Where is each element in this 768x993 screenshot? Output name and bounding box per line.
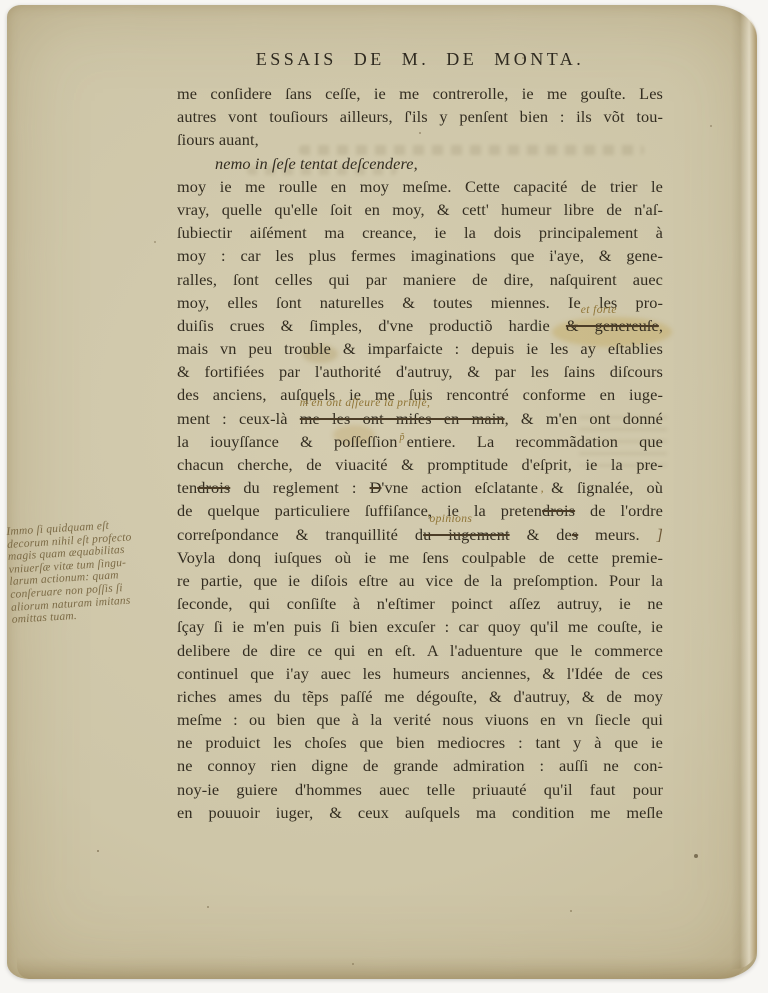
body-text: me conſidere ſans ceſſe, ie me contrerol… <box>177 82 663 824</box>
text-line: & fortifiées par l'authorité d'autruy, &… <box>177 360 663 383</box>
printed-text: ſiours auant, <box>177 130 259 149</box>
printed-text: , & m'en ont donné <box>505 409 663 428</box>
book-page: Immo ſi quidquam eſtdecorum nihil eſt pr… <box>7 5 757 979</box>
text-line: ne produict les choſes que bien mediocre… <box>177 731 663 754</box>
text-line: ſubiectir aiſément ma creance, ie la doi… <box>177 221 663 244</box>
struck-printed-text: drois <box>197 478 230 497</box>
printed-text: correſpondance & tranquillité d <box>177 525 423 544</box>
printed-text: moy ie me roulle en moy meſme. Cette cap… <box>177 177 663 196</box>
printed-text: ralles, ſont celles qui par maniere de d… <box>177 270 663 289</box>
printed-text: meurs. <box>578 525 639 544</box>
printed-text: vray, quelle qu'elle ſoit en moy, & cett… <box>177 200 663 219</box>
printed-text: chacun cherche, de viuacité & promptitud… <box>177 455 663 474</box>
text-line: chacun cherche, de viuacité & promptitud… <box>177 453 663 476</box>
printed-text: de quelque particuliere ſuffiſance, ie l… <box>177 501 542 520</box>
printed-text: duiſis crues & ſimples, d'vne productiõ … <box>177 316 566 335</box>
text-line: delibere de dire ce qui en eſt. A l'adue… <box>177 639 663 662</box>
text-line: ne connoy rien digne de grande admiratio… <box>177 754 663 777</box>
text-line: la iouyſſance & poſſeſſionp̃entiere. La … <box>177 430 663 453</box>
printed-text: 'vne action eſclatante & ſignalée, où <box>381 478 663 497</box>
printed-text: riches ames du tẽps paſſé me dégouſte, &… <box>177 687 663 706</box>
text-line: nemo in ſeſe tentat deſcendere, <box>177 152 663 175</box>
margin-annotation: Immo ſi quidquam eſtdecorum nihil eſt pr… <box>6 516 174 626</box>
text-line: ment : ceux-là me les ont miſes en mainm… <box>177 407 663 430</box>
text-line: noy-ie guiere d'hommes auec telle priuau… <box>177 778 663 801</box>
text-line: autres vont touſiours ailleurs, ſ'ils y … <box>177 105 663 128</box>
printed-text: ne produict les choſes que bien mediocre… <box>177 733 663 752</box>
text-line: duiſis crues & ſimples, d'vne productiõ … <box>177 314 663 337</box>
handwritten-bracket: ] <box>640 525 663 544</box>
text-line: moy : car les plus fermes imaginations q… <box>177 244 663 267</box>
struck-printed-text: u iugement'opinions <box>423 525 510 544</box>
struck-printed-text: drois’ <box>542 501 575 520</box>
text-line: meſme : ou bien que à la verité nous viu… <box>177 708 663 731</box>
text-line: vray, quelle qu'elle ſoit en moy, & cett… <box>177 198 663 221</box>
running-header: ESSAIS DE M. DE MONTA. <box>177 49 663 70</box>
struck-printed-text: me les ont miſes en mainm'en ont aſſeuré… <box>300 409 505 428</box>
printed-text: Voyla donq iuſques où ie me ſens coulpab… <box>177 548 663 567</box>
text-line: correſpondance & tranquillité du iugemen… <box>177 523 663 546</box>
printed-text: ſçay ſi ie m'en puis ſi bien excuſer : c… <box>177 617 663 636</box>
printed-text-italic: nemo in ſeſe tentat deſcendere, <box>215 154 418 173</box>
printed-text: continuel que i'ay auec les humeurs anci… <box>177 664 663 683</box>
printed-text: ne connoy rien digne de grande admiratio… <box>177 756 663 775</box>
text-line: en pouuoir iuger, & ceux auſquels ma con… <box>177 801 663 824</box>
printed-text: la iouyſſance & poſſeſſion <box>177 432 397 451</box>
text-line: re partie, que ie diſois eſtre au vice d… <box>177 569 663 592</box>
text-line: de quelque particuliere ſuffiſance, ie l… <box>177 499 663 522</box>
struck-printed-text: & genereuſeet forte <box>566 316 659 335</box>
printed-text: me conſidere ſans ceſſe, ie me contrerol… <box>177 84 663 103</box>
printed-text: entiere. La recommãdation que <box>407 432 663 451</box>
text-line: riches ames du tẽps paſſé me dégouſte, &… <box>177 685 663 708</box>
printed-text: re partie, que ie diſois eſtre au vice d… <box>177 571 663 590</box>
printed-text: noy-ie guiere d'hommes auec telle priuau… <box>177 780 663 799</box>
handwritten-correction: et forte <box>581 305 617 316</box>
text-line: Voyla donq iuſques où ie me ſens coulpab… <box>177 546 663 569</box>
printed-text: meſme : ou bien que à la verité nous viu… <box>177 710 663 729</box>
text-line: tendrois du reglement : D'vne action eſc… <box>177 476 663 499</box>
text-line: ſeconde, qui conſiſte à n'eſtimer poinct… <box>177 592 663 615</box>
printed-text: en pouuoir iuger, & ceux auſquels ma con… <box>177 803 663 822</box>
scanned-book-photo: { "page": { "header": "ESSAIS DE M. DE M… <box>0 0 768 993</box>
text-line: ſçay ſi ie m'en puis ſi bien excuſer : c… <box>177 615 663 638</box>
text-line: me conſidere ſans ceſſe, ie me contrerol… <box>177 82 663 105</box>
text-line: ſiours auant, <box>177 128 663 151</box>
handwritten-insertion-mark: p̃ <box>399 432 404 443</box>
printed-text: & fortifiées par l'authorité d'autruy, &… <box>177 362 663 381</box>
printed-text: , <box>659 316 663 335</box>
printed-text: delibere de dire ce qui en eſt. A l'adue… <box>177 641 663 660</box>
printed-text: ten <box>177 478 197 497</box>
printed-text: moy : car les plus fermes imaginations q… <box>177 246 663 265</box>
text-line: continuel que i'ay auec les humeurs anci… <box>177 662 663 685</box>
printed-text: autres vont touſiours ailleurs, ſ'ils y … <box>177 107 663 126</box>
struck-printed-text: s <box>572 525 578 544</box>
text-line: moy ie me roulle en moy meſme. Cette cap… <box>177 175 663 198</box>
handwritten-correction: 'opinions <box>427 514 473 525</box>
printed-text: & de <box>510 525 572 544</box>
struck-printed-text: D <box>370 478 382 497</box>
printed-text: de l'ordre <box>575 501 663 520</box>
printed-text: du reglement : <box>230 478 369 497</box>
printed-text: ment : ceux-là <box>177 409 300 428</box>
text-line: mais vn peu trouble & imparfaicte : depu… <box>177 337 663 360</box>
printed-text: ſubiectir aiſément ma creance, ie la doi… <box>177 223 663 242</box>
text-line: ralles, ſont celles qui par maniere de d… <box>177 268 663 291</box>
text-block: ESSAIS DE M. DE MONTA. me conſidere ſans… <box>177 5 663 979</box>
paper-specks <box>7 5 9 7</box>
printed-text: ſeconde, qui conſiſte à n'eſtimer poinct… <box>177 594 663 613</box>
handwritten-correction: ’ <box>539 490 543 501</box>
printed-text: mais vn peu trouble & imparfaicte : depu… <box>177 339 663 358</box>
handwritten-correction: m'en ont aſſeuré la prinſe, <box>300 398 430 409</box>
